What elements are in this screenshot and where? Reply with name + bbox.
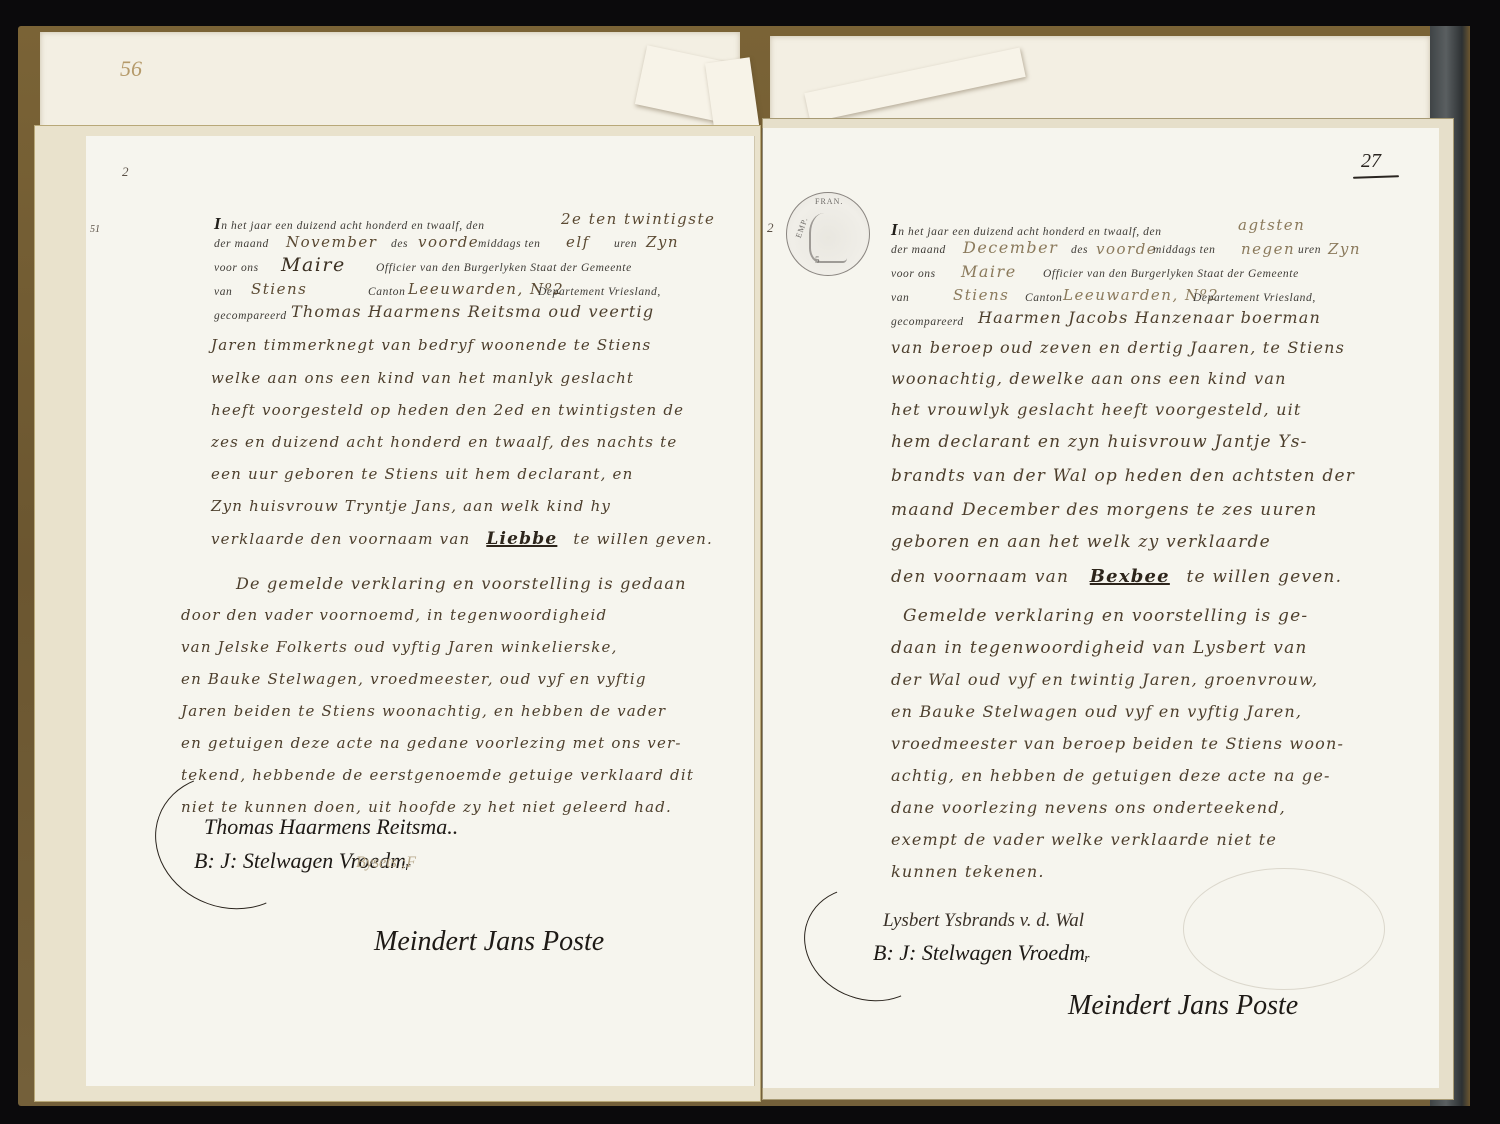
printed-uren: uren xyxy=(1298,244,1321,256)
hand-line: De gemelde verklaring en voorstelling is… xyxy=(236,574,687,593)
filled-officer: Maire xyxy=(281,254,346,276)
printed-uren: uren xyxy=(614,238,637,250)
corner-mark: 2 xyxy=(122,164,129,180)
hand-line: daan in tegenwoordigheid van Lysbert van xyxy=(891,638,1308,658)
hand-line: het vrouwlyk geslacht heeft voorgesteld,… xyxy=(891,400,1302,419)
seal-text-top: FRAN. xyxy=(815,197,843,206)
imperial-stamp-seal: FRAN. EMP. 5 xyxy=(786,192,870,276)
hand-line: Jaren beiden te Stiens woonachtig, en he… xyxy=(181,702,666,720)
hand-line: Gemelde verklaring en voorstelling is ge… xyxy=(903,606,1308,626)
filled-officer: Maire xyxy=(961,262,1017,281)
printed-line-3: voor ons xyxy=(891,268,936,280)
printed-line-2: der maand xyxy=(214,238,269,250)
hand-line: der Wal oud vyf en twintig Jaren, groenv… xyxy=(891,670,1318,689)
hand-line: van beroep oud zeven en dertig Jaaren, t… xyxy=(891,338,1345,357)
filled-hour: negen xyxy=(1241,240,1295,258)
signature-officer: Meindert Jans Poste xyxy=(374,926,604,958)
hand-line: en Bauke Stelwagen, vroedmeester, oud vy… xyxy=(181,670,647,688)
signature-officer: Meindert Jans Poste xyxy=(1068,990,1298,1022)
printed-line-1: In het jaar een duizend acht honderd en … xyxy=(891,220,1162,240)
printed-des: des xyxy=(391,238,408,250)
hand-line: Zyn huisvrouw Tryntje Jans, aan welk kin… xyxy=(211,497,611,515)
filled-hour: elf xyxy=(566,233,590,251)
hand-line: Haarmen Jacobs Hanzenaar boerman xyxy=(978,308,1321,327)
printed-canton: Canton xyxy=(1025,292,1062,304)
hand-line: van Jelske Folkerts oud vyftig Jaren win… xyxy=(181,638,618,656)
filled-part-of-day: voorde xyxy=(1096,240,1157,258)
hand-line: achtig, en hebben de getuigen deze acte … xyxy=(891,766,1331,785)
hand-line: exempt de vader welke verklaarde niet te xyxy=(891,830,1277,849)
printed-line-4: van xyxy=(891,292,909,304)
filled-day: agtsten xyxy=(1238,216,1305,234)
printed-line-4: van xyxy=(214,286,232,298)
signature-flourish xyxy=(788,869,950,1019)
bleed-through-ink: Bysets ;F xyxy=(356,854,416,872)
child-name: Bexbee xyxy=(1090,566,1170,587)
filled-zyn: Zyn xyxy=(646,233,679,251)
margin-number: 51 xyxy=(90,224,100,235)
hand-line: en getuigen deze acte na gedane voorlezi… xyxy=(181,734,682,752)
hand-line: kunnen tekenen. xyxy=(891,862,1045,881)
hand-line: Thomas Haarmens Reitsma oud veertig xyxy=(291,302,654,321)
printed-canton: Canton xyxy=(368,286,405,298)
hand-line: en Bauke Stelwagen oud vyf en vyftig Jar… xyxy=(891,702,1302,721)
folio-number: 27 xyxy=(1361,150,1381,173)
hand-line: door den vader voornoemd, in tegenwoordi… xyxy=(181,606,607,624)
printed-des: des xyxy=(1071,244,1088,256)
printed-officier: Officier van den Burgerlyken Staat der G… xyxy=(376,262,632,274)
printed-line-5: gecompareerd xyxy=(891,316,964,328)
child-name: Liebbe xyxy=(486,529,557,549)
filled-part-of-day: voorde xyxy=(418,233,479,251)
hand-line: maand December des morgens te zes uuren xyxy=(891,500,1317,520)
hand-line: brandts van der Wal op heden den achtste… xyxy=(891,466,1355,486)
hand-line: heeft voorgesteld op heden den 2ed en tw… xyxy=(211,401,684,419)
hand-line: hem declarant en zyn huisvrouw Jantje Ys… xyxy=(891,432,1308,452)
filled-month: November xyxy=(286,233,377,251)
hand-line: welke aan ons een kind van het manlyk ge… xyxy=(211,369,634,387)
printed-departement: Departement Vriesland, xyxy=(538,286,661,298)
printed-line-1: In het jaar een duizend acht honderd en … xyxy=(214,214,485,234)
printed-officier: Officier van den Burgerlyken Staat der G… xyxy=(1043,268,1299,280)
filled-municipality: Stiens xyxy=(953,286,1009,304)
seal-text-left: EMP. xyxy=(794,216,810,239)
hand-line: geboren en aan het welk zy verklaarde xyxy=(891,532,1271,552)
folio-underline xyxy=(1353,175,1399,179)
hand-line: den voornaam van Bexbee te willen geven. xyxy=(891,566,1342,587)
printed-departement: Departement Vriesland, xyxy=(1193,292,1316,304)
filled-month: December xyxy=(963,238,1058,257)
printed-middags: middags ten xyxy=(1153,244,1216,256)
hand-line: verklaarde den voornaam van Liebbe te wi… xyxy=(211,529,713,549)
filled-municipality: Stiens xyxy=(251,280,307,298)
bleed-through-stamp xyxy=(1183,868,1385,990)
hand-line: dane voorlezing nevens ons onderteekend, xyxy=(891,798,1286,817)
printed-line-5: gecompareerd xyxy=(214,310,287,322)
seal-value: 5 xyxy=(815,255,821,265)
right-page: 27 2 In het jaar een duizend acht honder… xyxy=(762,128,1439,1088)
hand-line: woonachtig, dewelke aan ons een kind van xyxy=(891,369,1287,388)
hand-line: vroedmeester van beroep beiden te Stiens… xyxy=(891,734,1344,753)
flyleaf-folio: 56 xyxy=(120,56,142,82)
hand-line: een uur geboren te Stiens uit hem declar… xyxy=(211,465,634,483)
left-page: 2 51 In het jaar een duizend acht honder… xyxy=(86,136,755,1086)
filled-zyn: Zyn xyxy=(1328,240,1361,258)
hand-line: Jaren timmerknegt van bedryf woonende te… xyxy=(211,336,651,354)
corner-mark: 2 xyxy=(767,220,774,236)
printed-line-3: voor ons xyxy=(214,262,259,274)
printed-middags: middags ten xyxy=(478,238,541,250)
hand-line: zes en duizend acht honderd en twaalf, d… xyxy=(211,433,677,451)
filled-day: 2e ten twintigste xyxy=(561,210,715,228)
printed-line-2: der maand xyxy=(891,244,946,256)
